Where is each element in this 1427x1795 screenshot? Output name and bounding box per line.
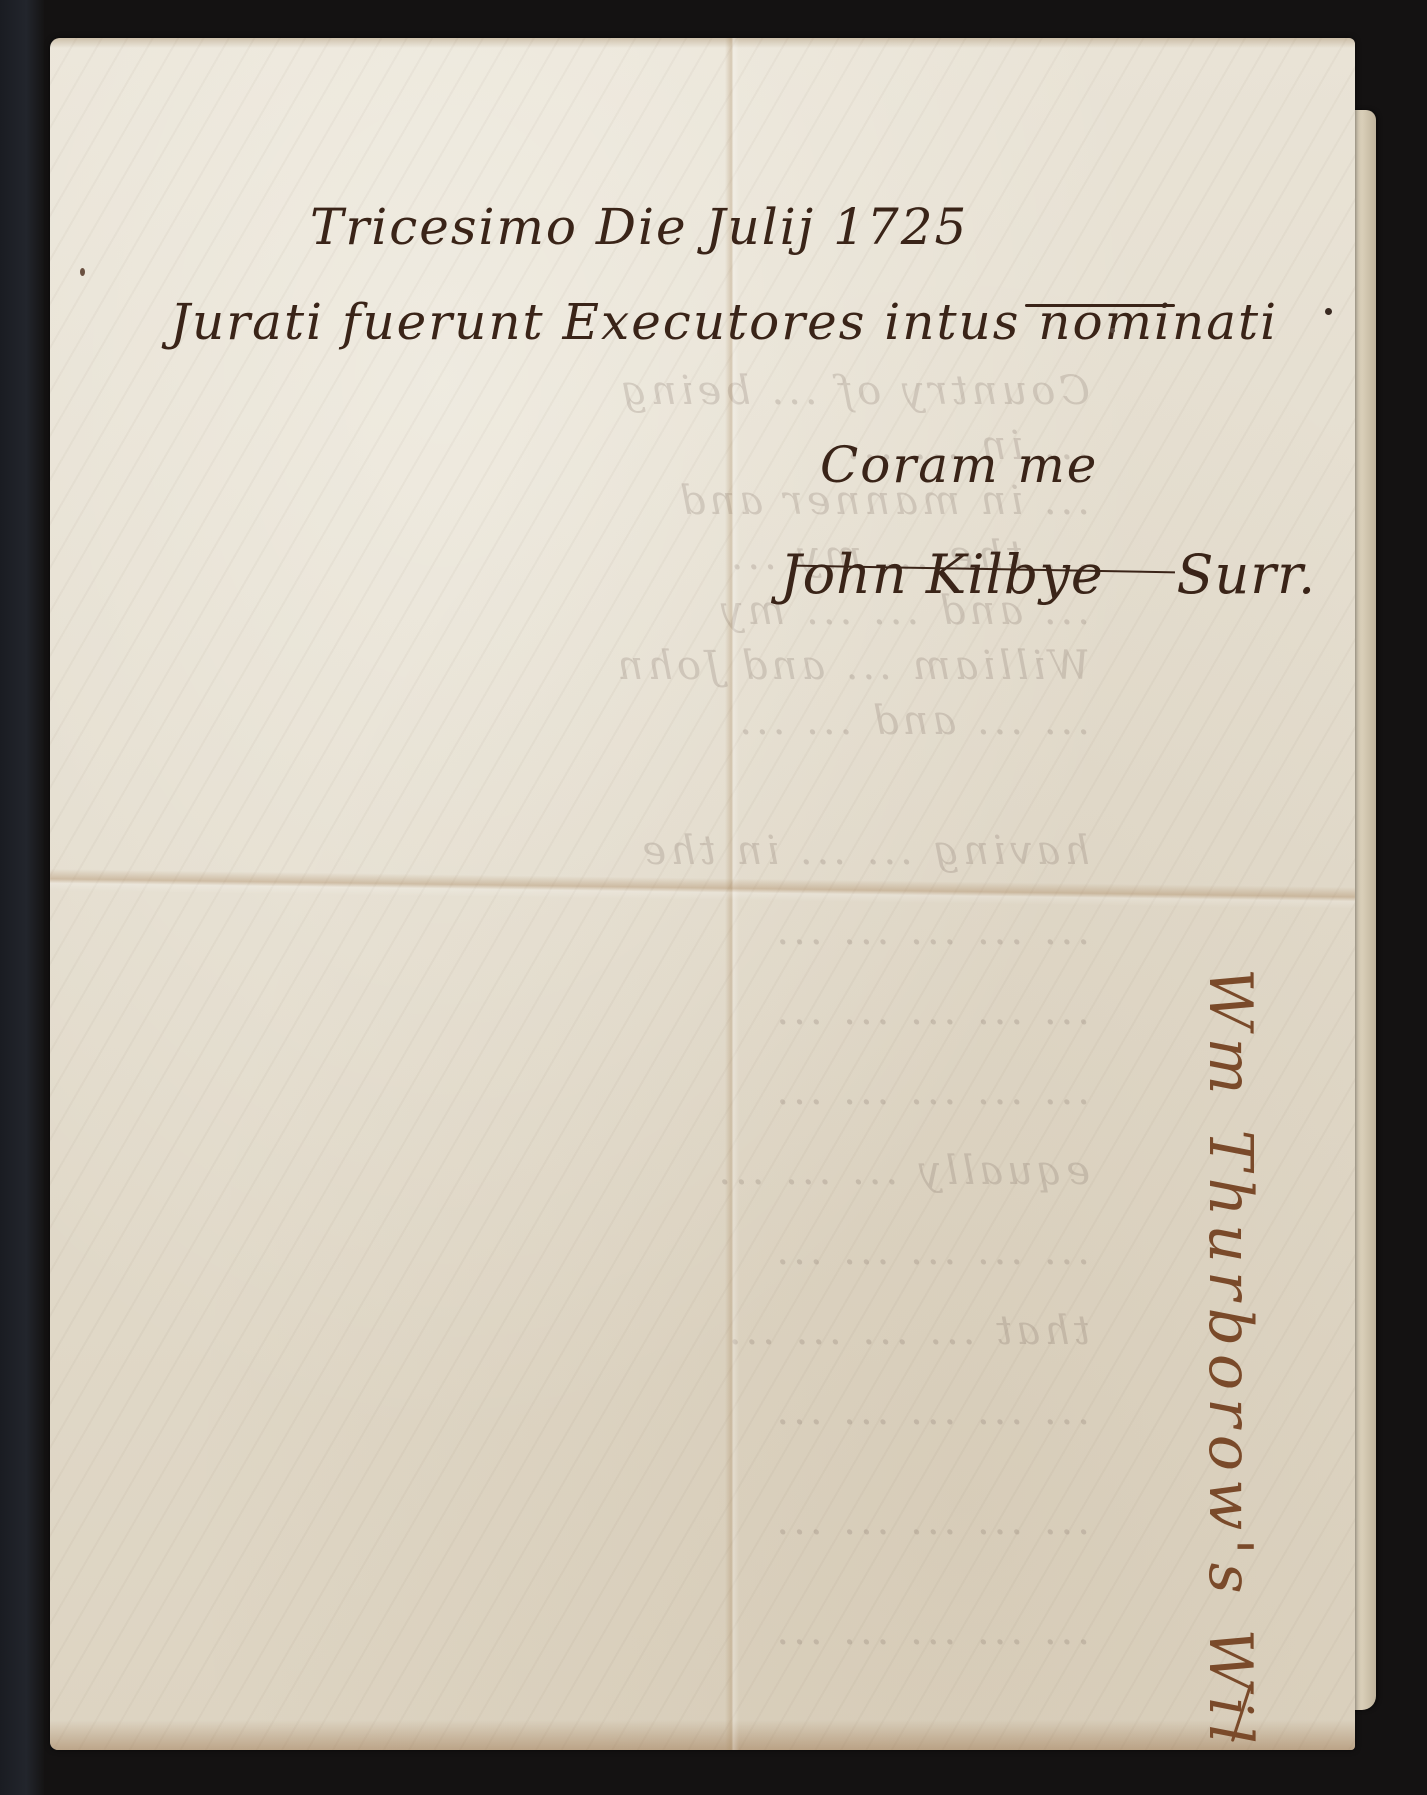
bleed-through-line: ... ... ... ... ... <box>90 1228 1090 1274</box>
ink-spot <box>80 268 85 276</box>
oath-line: Jurati fuerunt Executores intus nominati <box>170 293 1278 351</box>
bleed-through-line: ... ... and ... ... <box>90 698 1090 744</box>
will-endorsement: Wm Thurborow's Will <box>1195 968 1265 1750</box>
coram-me-line: Coram me <box>820 436 1098 494</box>
signature-title: Surr. <box>1176 543 1316 606</box>
bleed-through-line: ... ... ... ... ... <box>90 1608 1090 1654</box>
probate-date-line: Tricesimo Die Julij 1725 <box>310 198 968 256</box>
bleed-through-line: ... ... ... ... ... <box>90 908 1090 954</box>
bleed-through-line: ... ... ... ... ... <box>90 1068 1090 1114</box>
bleed-through-line: Country of ... being <box>90 368 1090 414</box>
bleed-through-line: having ... ... in the <box>90 828 1090 874</box>
signature-name: John Kilbye <box>780 543 1104 606</box>
bleed-through-line: ... ... ... ... ... <box>90 988 1090 1034</box>
surrogate-signature: John Kilbye Surr. <box>780 543 1316 606</box>
abbreviation-overline <box>1025 304 1175 307</box>
ink-spot <box>1325 308 1332 315</box>
ink-spot <box>1110 328 1115 333</box>
page-bottom-edge <box>50 1720 1355 1750</box>
bleed-through-line: equally ... ... ... <box>90 1148 1090 1194</box>
horizontal-fold-crease <box>50 869 1355 909</box>
background-left <box>0 0 44 1795</box>
bleed-through-line: William ... and John <box>90 643 1090 689</box>
bleed-through-line: ... ... ... ... ... <box>90 1498 1090 1544</box>
manuscript-page: Country of ... being ... in ... ... ... … <box>50 38 1355 1750</box>
bleed-through-line: that ... ... ... ... <box>90 1308 1090 1354</box>
page-top-edge <box>50 38 1355 48</box>
bleed-through-line: ... ... ... ... ... <box>90 1388 1090 1434</box>
